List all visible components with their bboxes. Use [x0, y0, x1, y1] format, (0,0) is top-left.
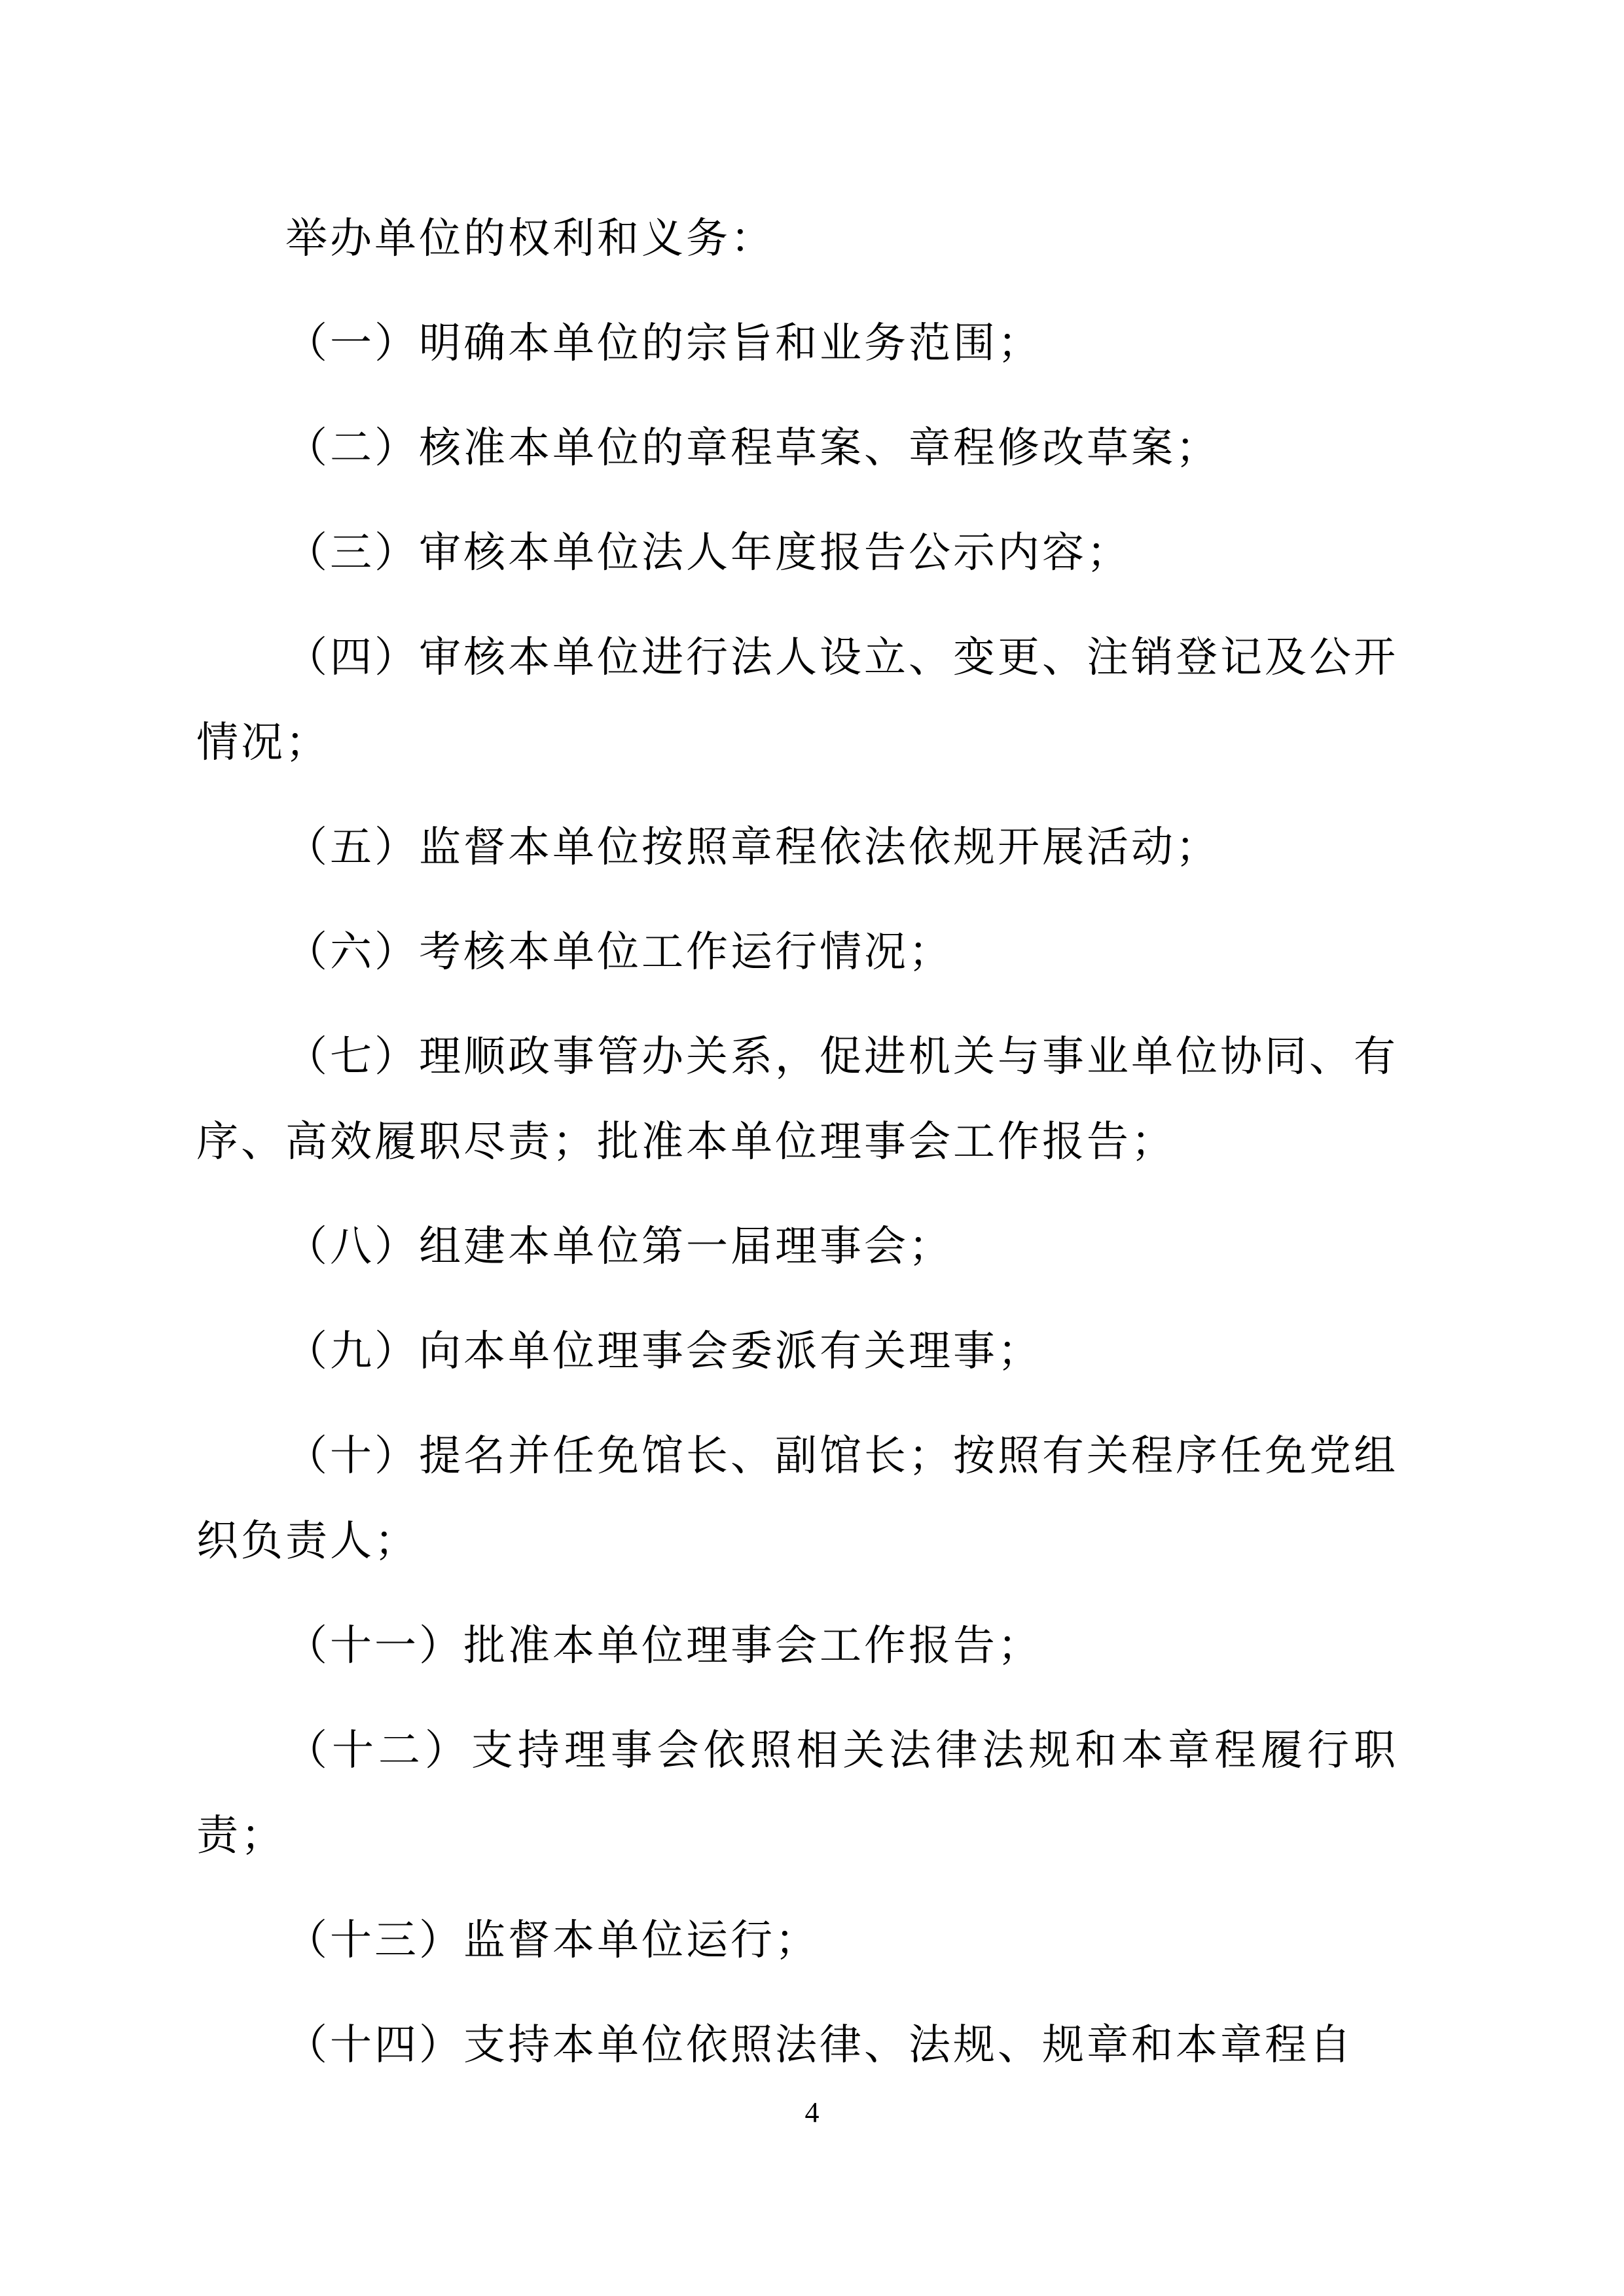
list-item-5: （五）监督本单位按照章程依法依规开展活动；	[196, 805, 1398, 890]
list-item-1: （一）明确本单位的宗旨和业务范围；	[196, 301, 1398, 386]
list-item-14: （十四）支持本单位依照法律、法规、规章和本章程自	[196, 2003, 1398, 2088]
page-number: 4	[805, 2096, 820, 2128]
list-item-4: （四）审核本单位进行法人设立、变更、注销登记及公开情况；	[196, 615, 1398, 785]
list-item-11: （十一）批准本单位理事会工作报告；	[196, 1604, 1398, 1689]
heading-line: 举办单位的权利和义务：	[196, 196, 1398, 281]
page-footer: 4	[0, 2094, 1624, 2131]
document-body: 举办单位的权利和义务： （一）明确本单位的宗旨和业务范围； （二）核准本单位的章…	[196, 196, 1398, 2108]
list-item-6: （六）考核本单位工作运行情况；	[196, 910, 1398, 995]
list-item-8: （八）组建本单位第一届理事会；	[196, 1204, 1398, 1289]
list-item-9: （九）向本单位理事会委派有关理事；	[196, 1309, 1398, 1394]
list-item-7: （七）理顺政事管办关系，促进机关与事业单位协同、有序、高效履职尽责；批准本单位理…	[196, 1014, 1398, 1185]
list-item-2: （二）核准本单位的章程草案、章程修改草案；	[196, 406, 1398, 491]
list-item-3: （三）审核本单位法人年度报告公示内容；	[196, 511, 1398, 596]
list-item-12: （十二）支持理事会依照相关法律法规和本章程履行职责；	[196, 1708, 1398, 1878]
list-item-13: （十三）监督本单位运行；	[196, 1898, 1398, 1983]
list-item-10: （十）提名并任免馆长、副馆长；按照有关程序任免党组织负责人；	[196, 1414, 1398, 1584]
document-page: 举办单位的权利和义务： （一）明确本单位的宗旨和业务范围； （二）核准本单位的章…	[0, 0, 1624, 2296]
